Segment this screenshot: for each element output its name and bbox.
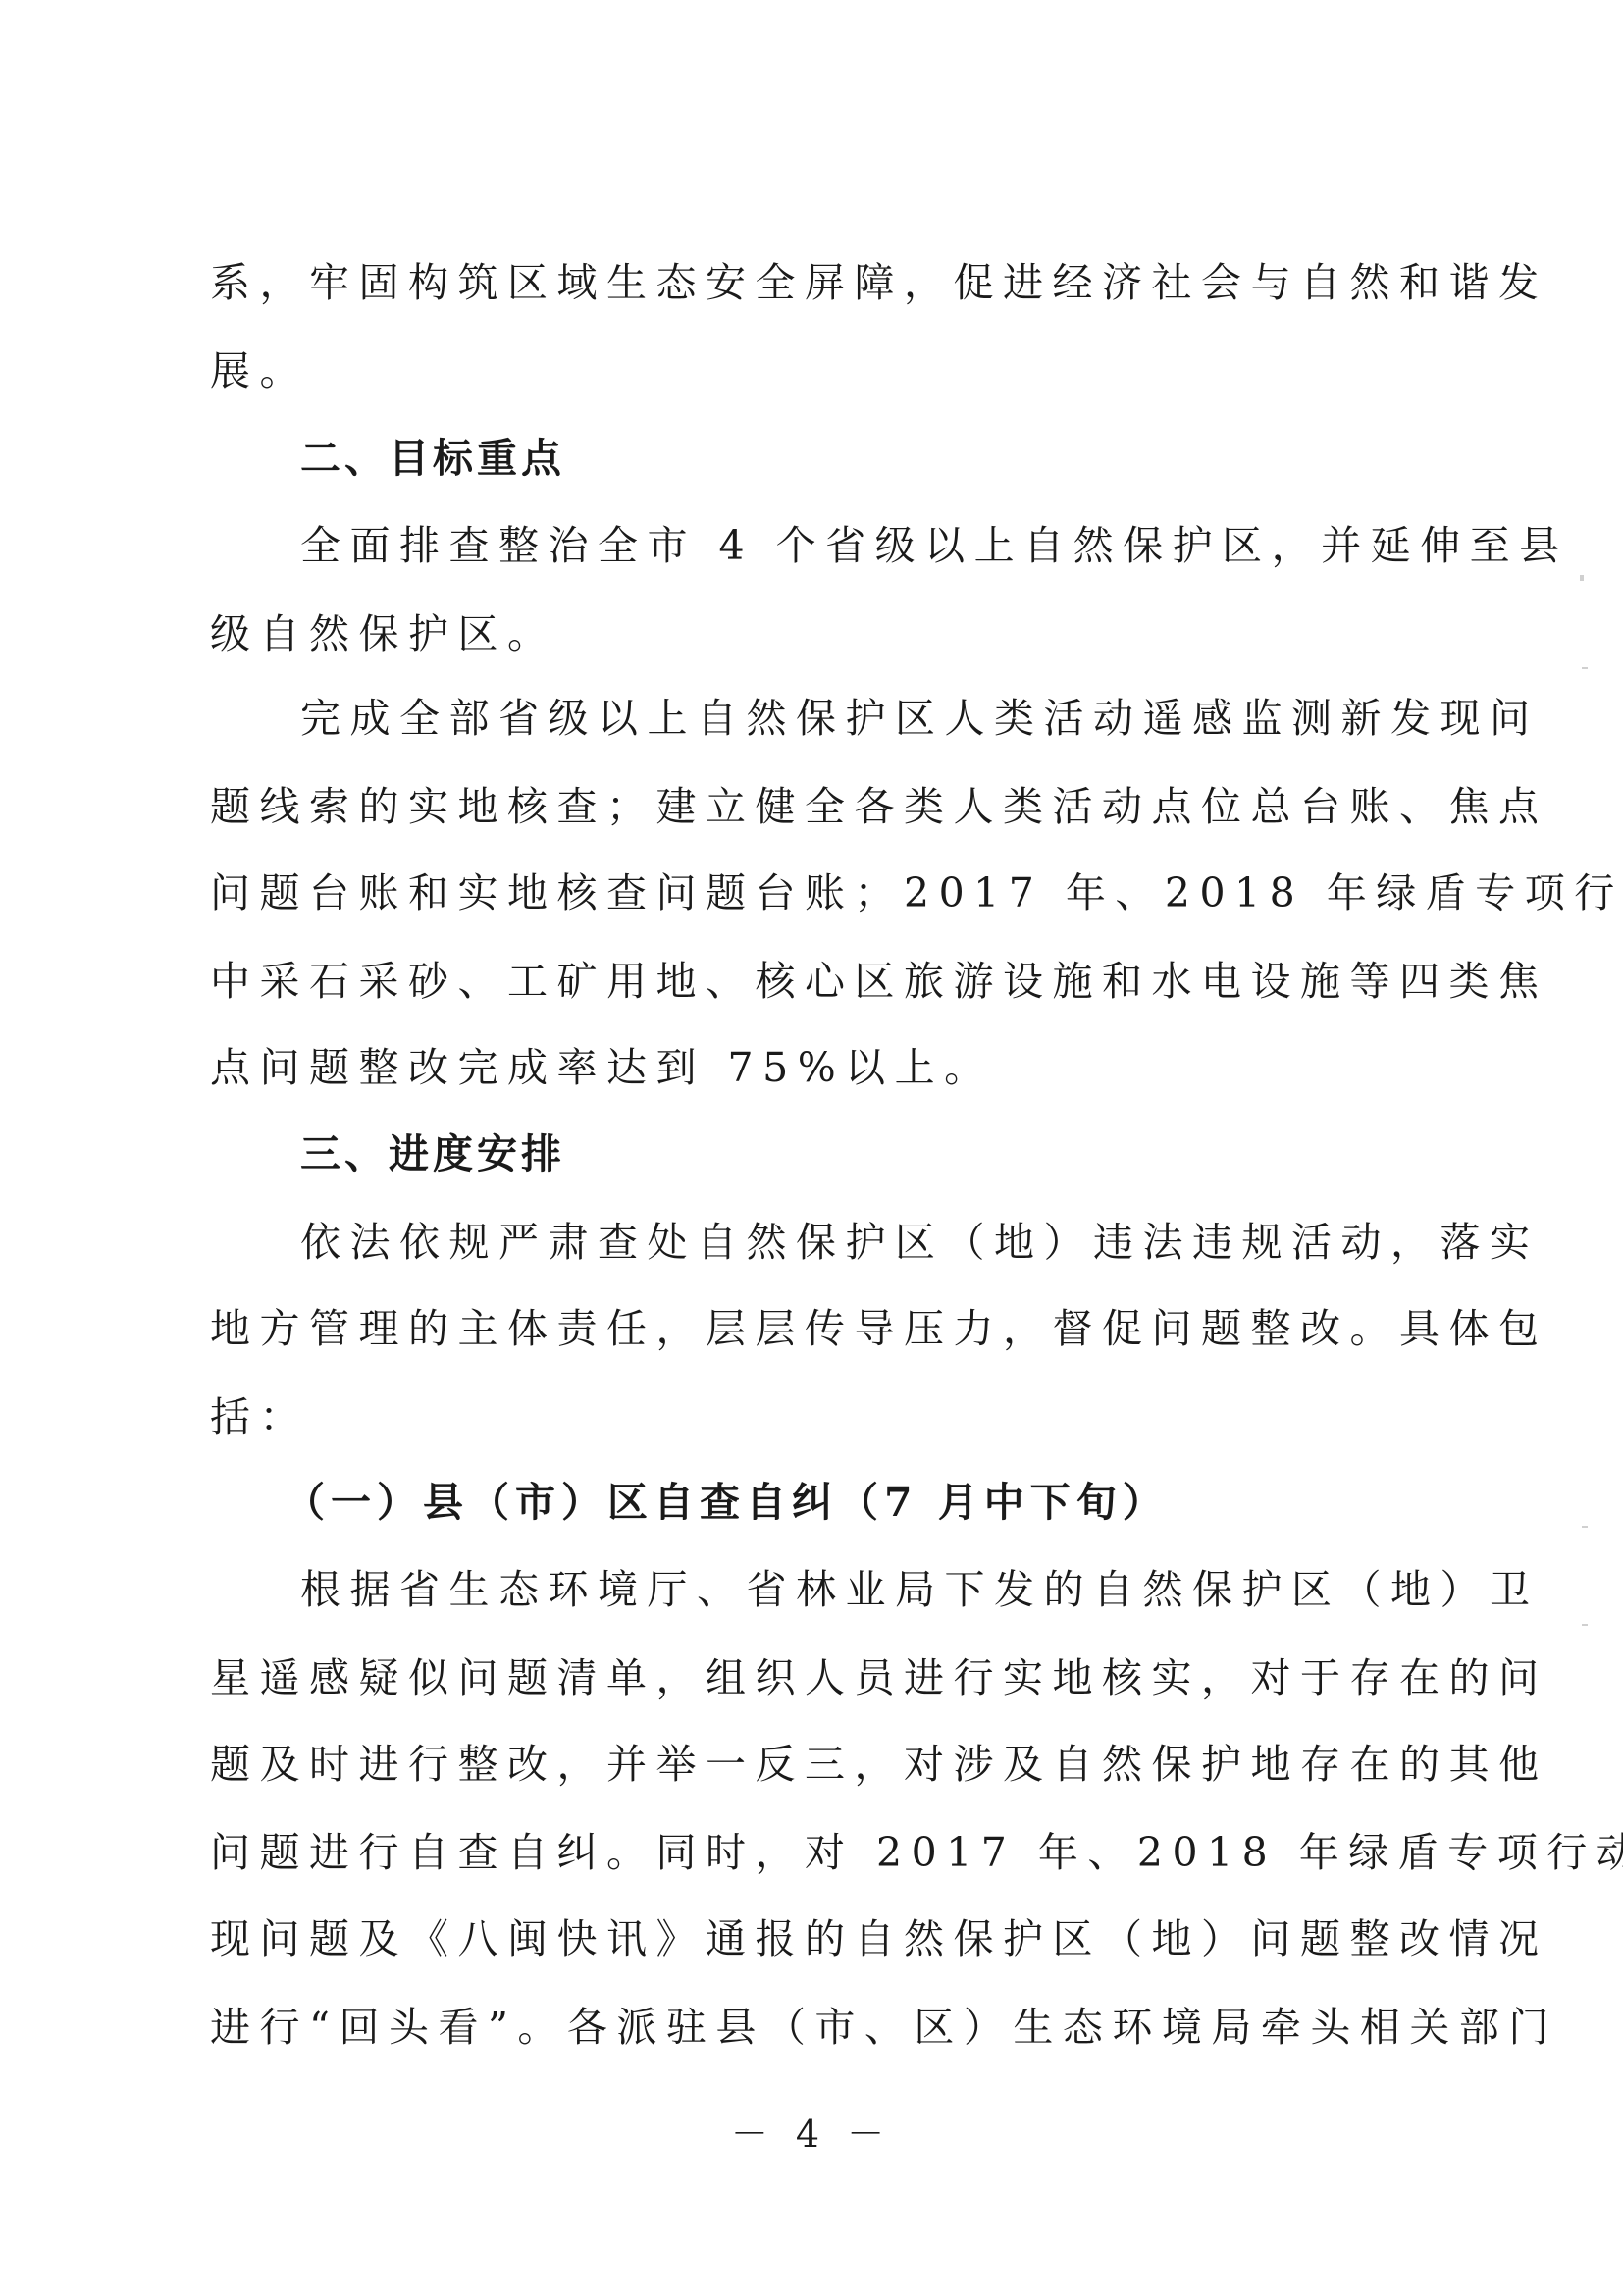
- scan-artifact: [1582, 667, 1588, 669]
- body-line-13: 根据省生态环境厅、省林业局下发的自然保护区（地）卫: [300, 1564, 1507, 1615]
- body-line-17: 现问题及《八闽快讯》通报的自然保护区（地）问题整改情况: [210, 1913, 1417, 1964]
- scan-artifact: [1582, 1624, 1588, 1626]
- body-line-2: 展。: [210, 345, 1417, 396]
- body-line-8: 中采石采砂、工矿用地、核心区旅游设施和水电设施等四类焦: [210, 956, 1417, 1007]
- body-line-1: 系，牢固构筑区域生态安全屏障，促进经济社会与自然和谐发: [210, 257, 1417, 308]
- body-line-6: 题线索的实地核查；建立健全各类人类活动点位总台账、焦点: [210, 781, 1417, 832]
- body-line-16: 问题进行自查自纠。同时，对 2017 年、2018 年绿盾专项行动发: [210, 1827, 1417, 1878]
- scan-artifact: [1580, 575, 1584, 581]
- body-line-5: 完成全部省级以上自然保护区人类活动遥感监测新发现问: [300, 693, 1507, 744]
- body-line-12: 括：: [210, 1391, 1417, 1442]
- body-line-4: 级自然保护区。: [210, 608, 1417, 659]
- body-line-9: 点问题整改完成率达到 75%以上。: [210, 1042, 1417, 1093]
- body-line-3: 全面排查整治全市 4 个省级以上自然保护区，并延伸至县: [300, 520, 1507, 571]
- body-line-15: 题及时进行整改，并举一反三，对涉及自然保护地存在的其他: [210, 1739, 1417, 1790]
- body-line-11: 地方管理的主体责任，层层传导压力，督促问题整改。具体包: [210, 1303, 1417, 1354]
- section-heading-schedule: 三、进度安排: [300, 1128, 565, 1179]
- section-heading-goals: 二、目标重点: [300, 433, 565, 484]
- body-line-10: 依法依规严肃查处自然保护区（地）违法违规活动，落实: [300, 1217, 1507, 1268]
- document-page: 系，牢固构筑区域生态安全屏障，促进经济社会与自然和谐发 展。 二、目标重点 全面…: [0, 0, 1623, 2296]
- subsection-heading-self-check: （一）县（市）区自查自纠（7 月中下旬）: [285, 1477, 1169, 1528]
- page-number: － 4 －: [0, 2110, 1623, 2159]
- body-line-7: 问题台账和实地核查问题台账；2017 年、2018 年绿盾专项行动: [210, 867, 1417, 918]
- scan-artifact: [1582, 1526, 1588, 1528]
- body-line-14: 星遥感疑似问题清单，组织人员进行实地核实，对于存在的问: [210, 1652, 1417, 1703]
- body-line-18: 进行“回头看”。各派驻县（市、区）生态环境局牵头相关部门: [210, 2002, 1417, 2053]
